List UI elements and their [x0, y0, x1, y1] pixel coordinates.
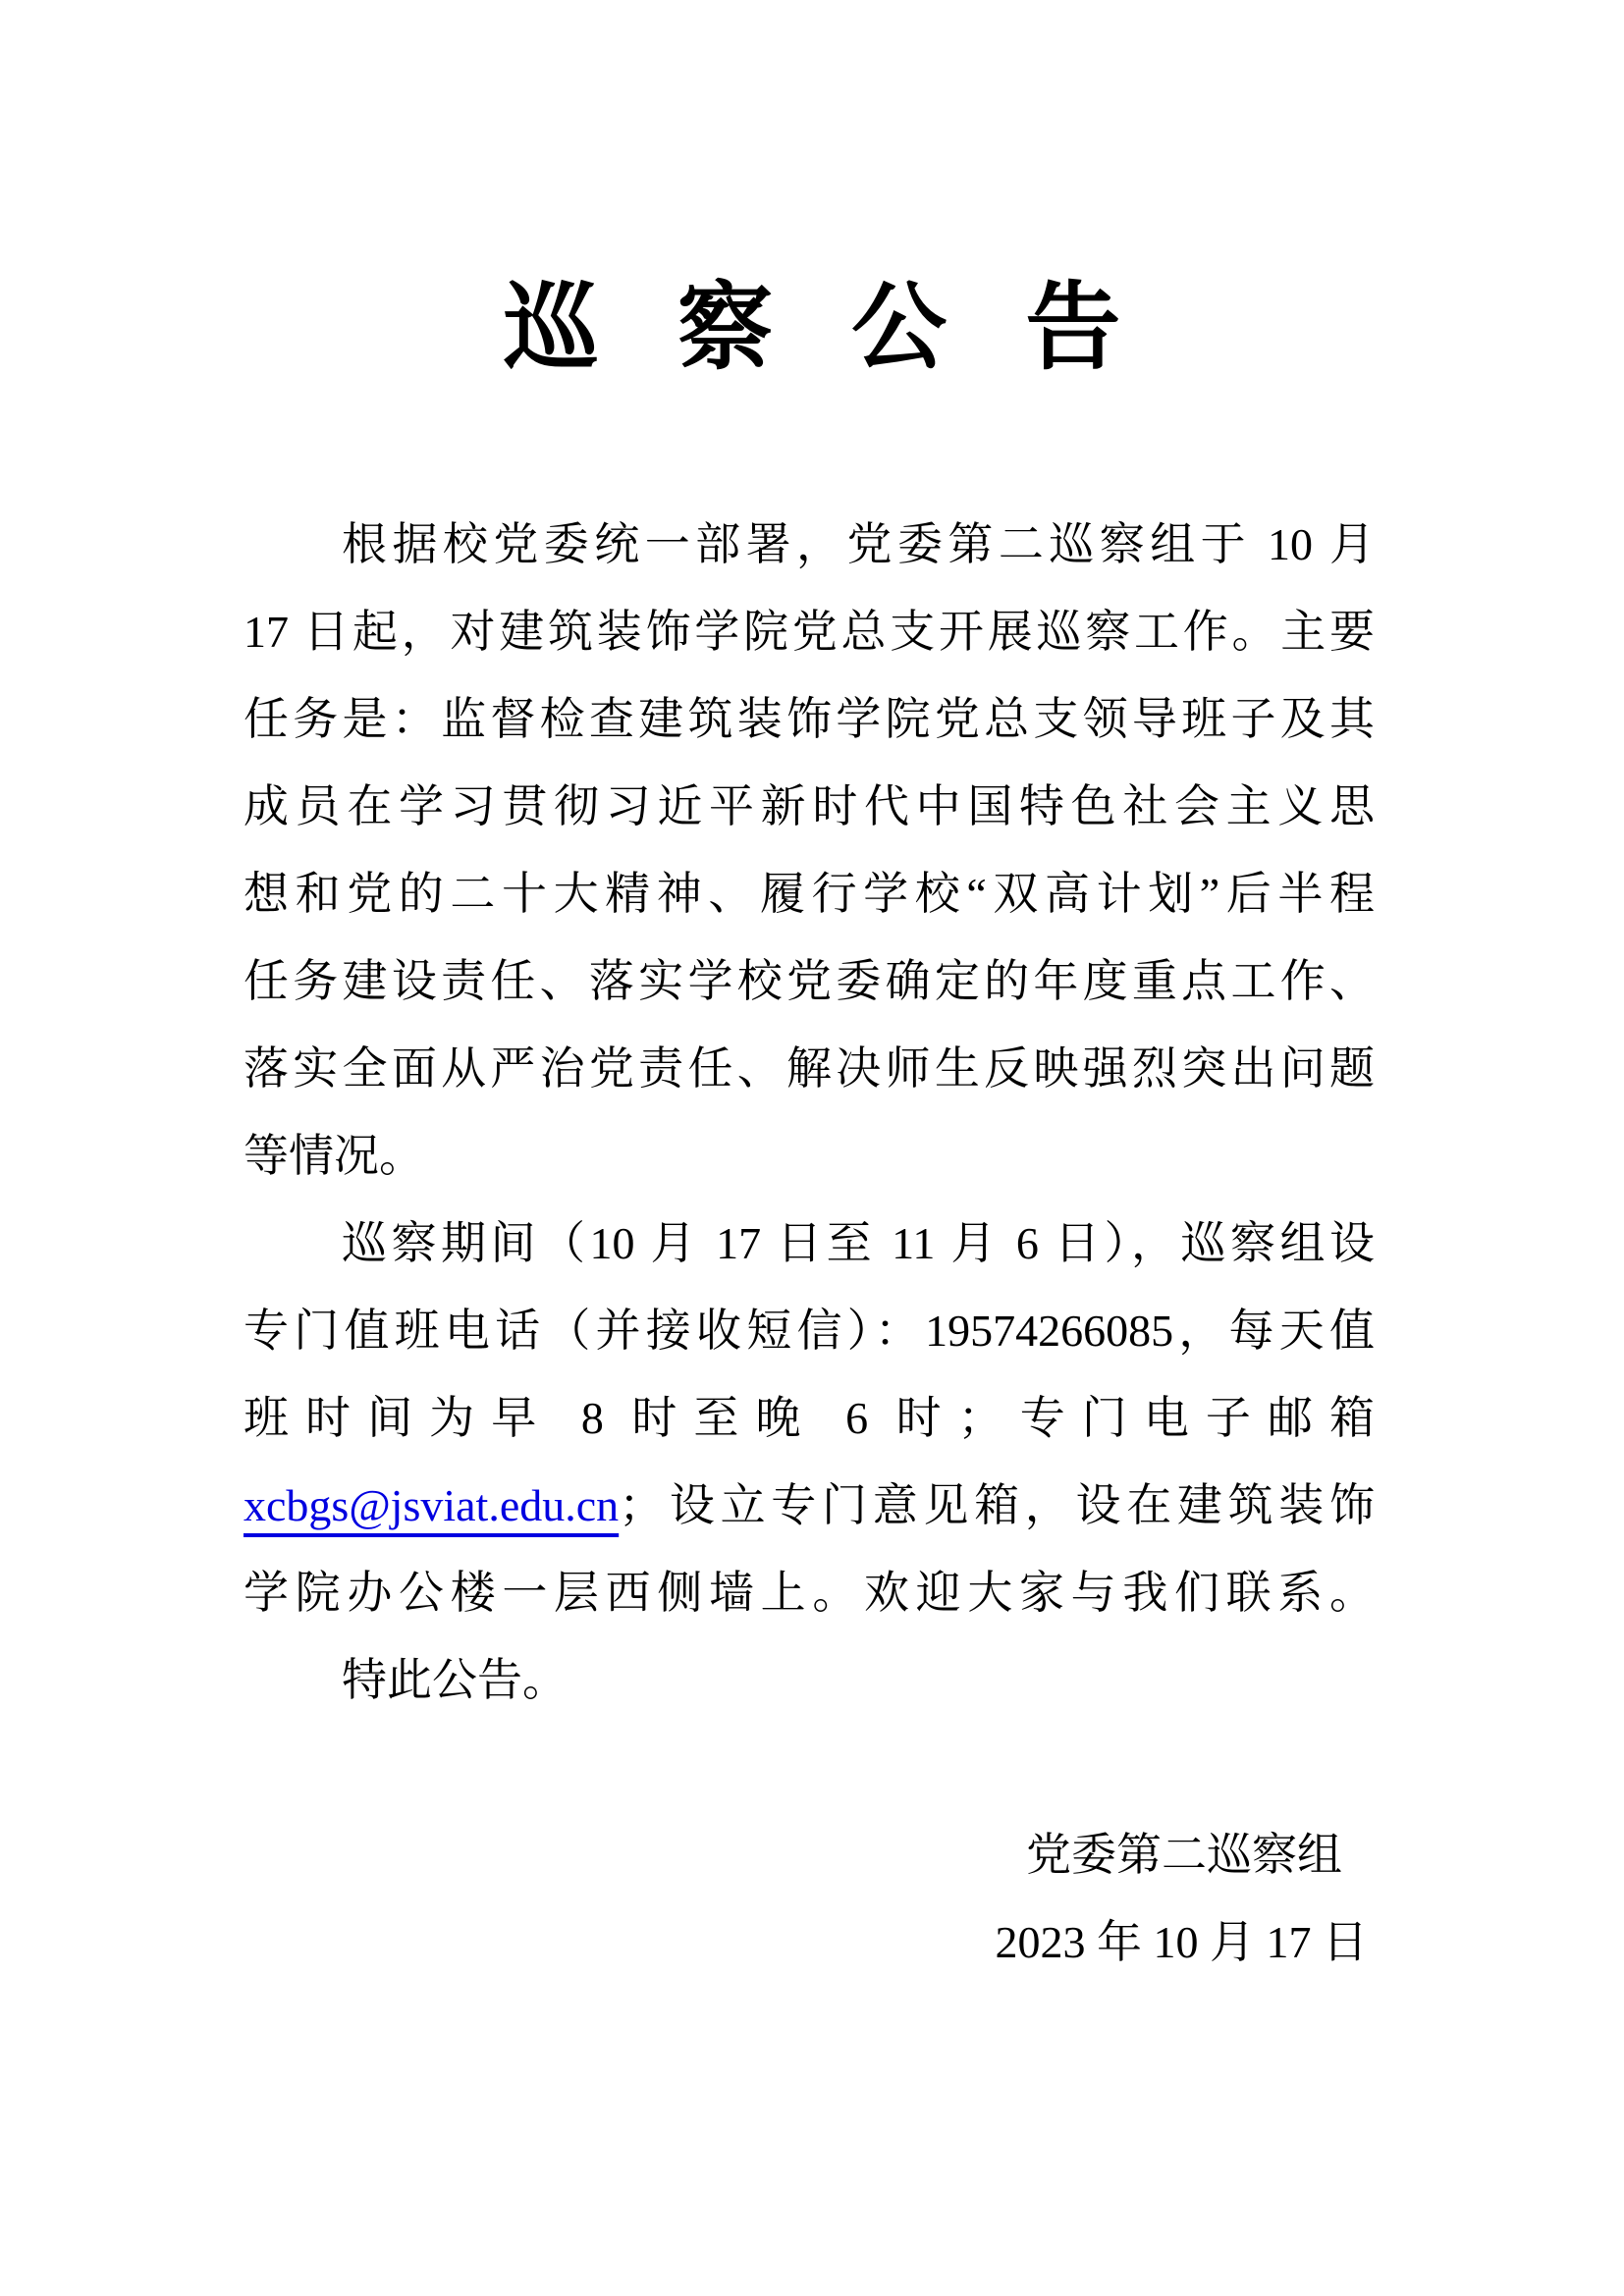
- announcement-page: 巡 察 公 告 根据校党委统一部署，党委第二巡察组于 10 月 17 日起，对建…: [0, 0, 1624, 2296]
- paragraph1-line: 17 日起，对建筑装饰学院党总支开展巡察工作。主要: [244, 588, 1375, 675]
- date-line: 2023 年 10 月 17 日: [244, 1898, 1375, 1986]
- paragraph1-line: 任务是：监督检查建筑装饰学院党总支领导班子及其: [244, 675, 1375, 763]
- paragraph1-line: 落实全面从严治党责任、解决师生反映强烈突出问题: [244, 1025, 1375, 1112]
- paragraph1-line: 任务建设责任、落实学校党委确定的年度重点工作、: [244, 937, 1375, 1025]
- paragraph1-line: 想和党的二十大精神、履行学校“双高计划”后半程: [244, 850, 1375, 937]
- announcement-body: 根据校党委统一部署，党委第二巡察组于 10 月 17 日起，对建筑装饰学院党总支…: [244, 501, 1375, 1986]
- signature-line: 党委第二巡察组: [244, 1811, 1375, 1898]
- paragraph2-line: 巡察期间（10 月 17 日至 11 月 6 日），巡察组设: [244, 1200, 1375, 1287]
- paragraph1-line: 成员在学习贯彻习近平新时代中国特色社会主义思: [244, 763, 1375, 850]
- spacer: [244, 1724, 1375, 1811]
- paragraph1-last-line: 等情况。: [244, 1112, 1375, 1200]
- page-title: 巡 察 公 告: [0, 277, 1624, 382]
- paragraph2-line: 专门值班电话（并接收短信）：19574266085，每天值: [244, 1287, 1375, 1374]
- email-line-rest: ；设立专门意见箱，设在建筑装饰: [619, 1480, 1375, 1530]
- paragraph2-line: 班时间为早 8 时至晚 6 时；专门电子邮箱: [244, 1374, 1375, 1462]
- closing-line: 特此公告。: [244, 1636, 1375, 1724]
- email-link[interactable]: xcbgs@jsviat.edu.cn: [244, 1480, 619, 1530]
- paragraph2-email-line: xcbgs@jsviat.edu.cn；设立专门意见箱，设在建筑装饰: [244, 1462, 1375, 1549]
- paragraph1-line: 根据校党委统一部署，党委第二巡察组于 10 月: [244, 501, 1375, 588]
- paragraph2-last-line: 学院办公楼一层西侧墙上。欢迎大家与我们联系。: [244, 1549, 1375, 1636]
